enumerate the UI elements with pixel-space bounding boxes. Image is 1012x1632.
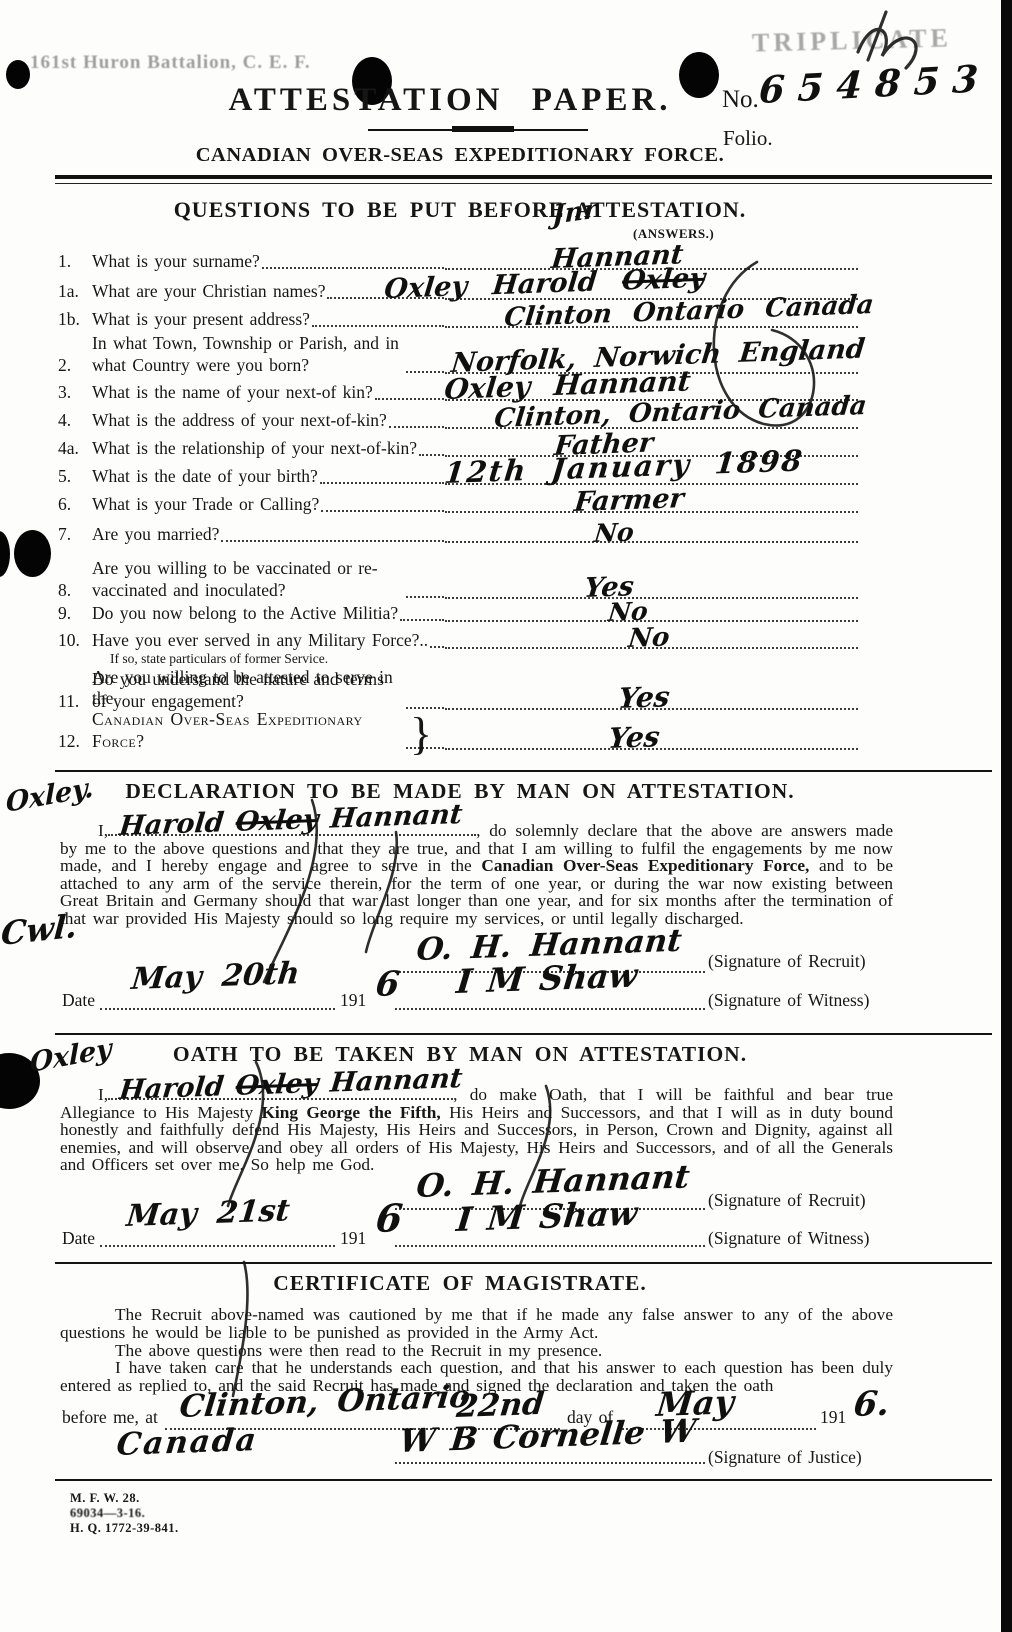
- triplicate-stamp: TRIPLICATE: [752, 23, 953, 58]
- question-row: 8. Are you willing to be vaccinated or r…: [58, 560, 858, 601]
- double-rule-bottom: [55, 183, 992, 184]
- question-text: What are your Christian names?: [92, 281, 325, 302]
- question-number: 1b.: [58, 309, 92, 330]
- question-number: 12.: [58, 731, 92, 752]
- name-part: Harold: [118, 1071, 226, 1106]
- handwritten-answer: Farmer: [573, 485, 685, 516]
- year-handwritten: 6.: [852, 1387, 891, 1422]
- form-code: M. F. W. 28.: [70, 1491, 140, 1506]
- handwritten-answer: Yes: [617, 683, 671, 713]
- answer-line: No: [445, 620, 858, 622]
- question: 9. Do you now belong to the Active Milit…: [58, 603, 445, 624]
- certificate-para1: The Recruit above-named was cautioned by…: [60, 1306, 893, 1341]
- question-text-line2: Canadian Over-Seas Expeditionary Force?: [92, 709, 363, 750]
- question-number: 4.: [58, 410, 92, 431]
- questions-heading: QUESTIONS TO BE PUT BEFORE ATTESTATION.: [40, 197, 880, 223]
- number-label: No.: [722, 86, 759, 114]
- question: 10. Have you ever served in any Military…: [58, 630, 445, 651]
- witness-signature-line: [395, 1008, 705, 1010]
- question-text: Have you ever served in any Military For…: [92, 630, 428, 651]
- question-text-line1: Are you willing to be attested to serve …: [92, 667, 393, 708]
- country-handwritten: Canada: [115, 1425, 259, 1461]
- date-handwritten: May 21st: [125, 1196, 291, 1232]
- question: 4a. What is the relationship of your nex…: [58, 438, 445, 459]
- dotted-leader: [320, 482, 444, 484]
- question-text: What is the address of your next-of-kin?: [92, 410, 387, 431]
- question-number: 3.: [58, 382, 92, 403]
- answer-struck: Oxley: [621, 263, 707, 297]
- question-number: 5.: [58, 466, 92, 487]
- name-struck: Oxley: [234, 1068, 320, 1102]
- year-printed: 191: [820, 1407, 846, 1428]
- date-handwritten: May 20th: [130, 959, 301, 995]
- question-number: 1a.: [58, 281, 92, 302]
- question-number: 1.: [58, 251, 92, 272]
- date-line: [100, 1008, 335, 1010]
- margin-correction: Oxley.: [6, 774, 94, 817]
- place-handwritten: Clinton, Ontario: [178, 1382, 472, 1423]
- handwritten-name: HaroldOxleyHannant: [118, 1064, 476, 1104]
- witness-signature-label: (Signature of Witness): [708, 1228, 869, 1249]
- question-text: In what Town, Township or Parish, and in…: [92, 333, 404, 376]
- question: 12. Are you willing to be attested to se…: [58, 667, 445, 752]
- question: 3. What is the name of your next-of kin?: [58, 382, 445, 403]
- name-part: Harold: [118, 807, 226, 842]
- question-row: 5. What is the date of your birth? 12th …: [58, 465, 858, 487]
- scan-edge-bar: [1001, 0, 1012, 1632]
- date-label: Date: [62, 1228, 95, 1249]
- question-text: Are you married?: [92, 524, 219, 545]
- page-title: ATTESTATION PAPER.: [180, 82, 720, 119]
- question-text: What is your surname?: [92, 251, 260, 272]
- question: 8. Are you willing to be vaccinated or r…: [58, 558, 445, 601]
- question-row: 1b. What is your present address? Clinto…: [58, 308, 858, 330]
- handwritten-answer: No: [607, 599, 649, 625]
- year-handwritten: 6: [374, 1199, 404, 1238]
- recruit-signature-label: (Signature of Recruit): [708, 951, 866, 972]
- question-text: What is the relationship of your next-of…: [92, 438, 417, 459]
- dotted-leader: [406, 371, 444, 373]
- handwritten-name: HaroldOxleyHannant: [118, 800, 476, 840]
- question: 6. What is your Trade or Calling?: [58, 494, 445, 515]
- witness-signature-line: [395, 1245, 705, 1247]
- dotted-leader: [221, 540, 444, 542]
- declaration-body-bold: Canadian Over-Seas Expeditionary Force,: [481, 856, 809, 875]
- name-blank: HaroldOxleyHannant: [108, 1086, 453, 1100]
- question-row: 2. In what Town, Township or Parish, and…: [58, 336, 858, 376]
- question-row: 4. What is the address of your next-of-k…: [58, 409, 858, 431]
- section-rule: [55, 1262, 992, 1264]
- dotted-leader: [312, 325, 444, 327]
- witness-signature: I M Shaw: [455, 959, 639, 998]
- question: 2. In what Town, Township or Parish, and…: [58, 333, 445, 376]
- question-row: 12. Are you willing to be attested to se…: [58, 711, 858, 752]
- question-note: If so, state particulars of former Servi…: [110, 651, 328, 667]
- dotted-leader: [375, 398, 444, 400]
- question-text: Do you now belong to the Active Militia?: [92, 603, 398, 624]
- question: 5. What is the date of your birth?: [58, 466, 445, 487]
- question-text: Are you willing to be attested to serve …: [92, 667, 404, 752]
- justice-signature: W B Cornelle W: [398, 1415, 698, 1457]
- margin-initials: Cwl.: [0, 910, 78, 950]
- justice-signature-line: [395, 1462, 705, 1464]
- attestation-paper-scan: 161st Huron Battalion, C. E. F. TRIPLICA…: [0, 0, 1012, 1632]
- name-struck: Oxley: [234, 804, 320, 838]
- question-number: 9.: [58, 603, 92, 624]
- dotted-leader: [262, 267, 444, 269]
- justice-signature-label: (Signature of Justice): [708, 1447, 862, 1468]
- question-row: 10. Have you ever served in any Military…: [58, 629, 858, 651]
- hole-punch: [0, 531, 10, 577]
- battalion-stamp: 161st Huron Battalion, C. E. F.: [30, 52, 311, 74]
- dotted-leader: [419, 454, 444, 456]
- oath-body-bold: King George the Fifth,: [261, 1103, 440, 1122]
- name-blank: HaroldOxleyHannant: [108, 822, 476, 836]
- handwritten-answer: No: [593, 520, 635, 546]
- question-row: 6. What is your Trade or Calling? Farmer: [58, 493, 858, 515]
- witness-signature-label: (Signature of Witness): [708, 990, 869, 1011]
- declaration-paragraph: I,HaroldOxleyHannant, do solemnly declar…: [60, 822, 893, 927]
- dotted-leader: [430, 646, 444, 648]
- double-rule-top: [55, 175, 992, 179]
- question-text: Are you willing to be vaccinated or re-v…: [92, 558, 404, 601]
- question-number: 6.: [58, 494, 92, 515]
- print-code: 69034—3-16.: [70, 1506, 145, 1521]
- question-row: 7. Are you married? No: [58, 523, 858, 545]
- answer-line: Clinton Ontario Canada: [445, 326, 858, 328]
- question-number: 4a.: [58, 438, 92, 459]
- brace-glyph: }: [410, 713, 432, 754]
- handwritten-answer: Yes: [607, 723, 661, 753]
- question-row: 1. What is your surname? Hannant: [58, 250, 858, 272]
- answer-line: No: [445, 647, 858, 649]
- certificate-para2: The above questions were then read to th…: [60, 1342, 893, 1360]
- question: 1b. What is your present address?: [58, 309, 445, 330]
- date-line: [100, 1245, 335, 1247]
- name-part: Hannant: [329, 1063, 464, 1099]
- answer-line: Yes: [445, 597, 858, 599]
- regimental-number: 654853: [758, 60, 992, 109]
- hole-punch: [14, 530, 51, 577]
- ink-blob: [6, 60, 30, 89]
- certificate-heading: CERTIFICATE OF MAGISTRATE.: [40, 1271, 880, 1296]
- answer-line: Yes: [445, 708, 858, 710]
- before-me-label: before me, at: [62, 1407, 158, 1428]
- recruit-signature-label: (Signature of Recruit): [708, 1190, 866, 1211]
- section-rule: [55, 770, 992, 772]
- answer-line: Yes: [445, 748, 858, 750]
- dotted-leader: [321, 510, 444, 512]
- question: 7. Are you married?: [58, 524, 445, 545]
- answer-part: Oxley Harold: [383, 266, 599, 305]
- oath-paragraph: I,HaroldOxleyHannant, do make Oath, that…: [60, 1086, 893, 1174]
- year-printed: 191: [340, 1228, 366, 1249]
- question: 1. What is your surname?: [58, 251, 445, 272]
- question-text: What is your Trade or Calling?: [92, 494, 319, 515]
- answers-annotation: Jnr: [552, 196, 597, 229]
- question-text: What is the name of your next-of kin?: [92, 382, 373, 403]
- question-number: 2.: [58, 355, 92, 376]
- question-number: 7.: [58, 524, 92, 545]
- section-rule: [55, 1479, 992, 1481]
- title-divider-thick: [452, 126, 514, 132]
- answer-line: No: [445, 541, 858, 543]
- section-rule: [55, 1033, 992, 1035]
- year-printed: 191: [340, 990, 366, 1011]
- question-number: 10.: [58, 630, 92, 651]
- year-handwritten: 6: [374, 967, 401, 1002]
- question-number: 8.: [58, 580, 92, 601]
- name-part: Hannant: [329, 799, 464, 835]
- question-text: What is the date of your birth?: [92, 466, 318, 487]
- question: 4. What is the address of your next-of-k…: [58, 410, 445, 431]
- dotted-leader: [400, 619, 444, 621]
- handwritten-answer: No: [627, 624, 671, 652]
- dotted-leader: [389, 426, 444, 428]
- hq-code: H. Q. 1772-39-841.: [70, 1521, 179, 1536]
- witness-signature: I M Shaw: [455, 1197, 639, 1236]
- question-row: 9. Do you now belong to the Active Milit…: [58, 602, 858, 624]
- dotted-leader: [406, 596, 444, 598]
- subtitle: CANADIAN OVER-SEAS EXPEDITIONARY FORCE.: [40, 144, 880, 167]
- date-label: Date: [62, 990, 95, 1011]
- oath-intro: I,: [98, 1085, 108, 1104]
- declaration-intro: I,: [98, 821, 108, 840]
- question-text: What is your present address?: [92, 309, 310, 330]
- answer-line: Farmer: [445, 511, 858, 513]
